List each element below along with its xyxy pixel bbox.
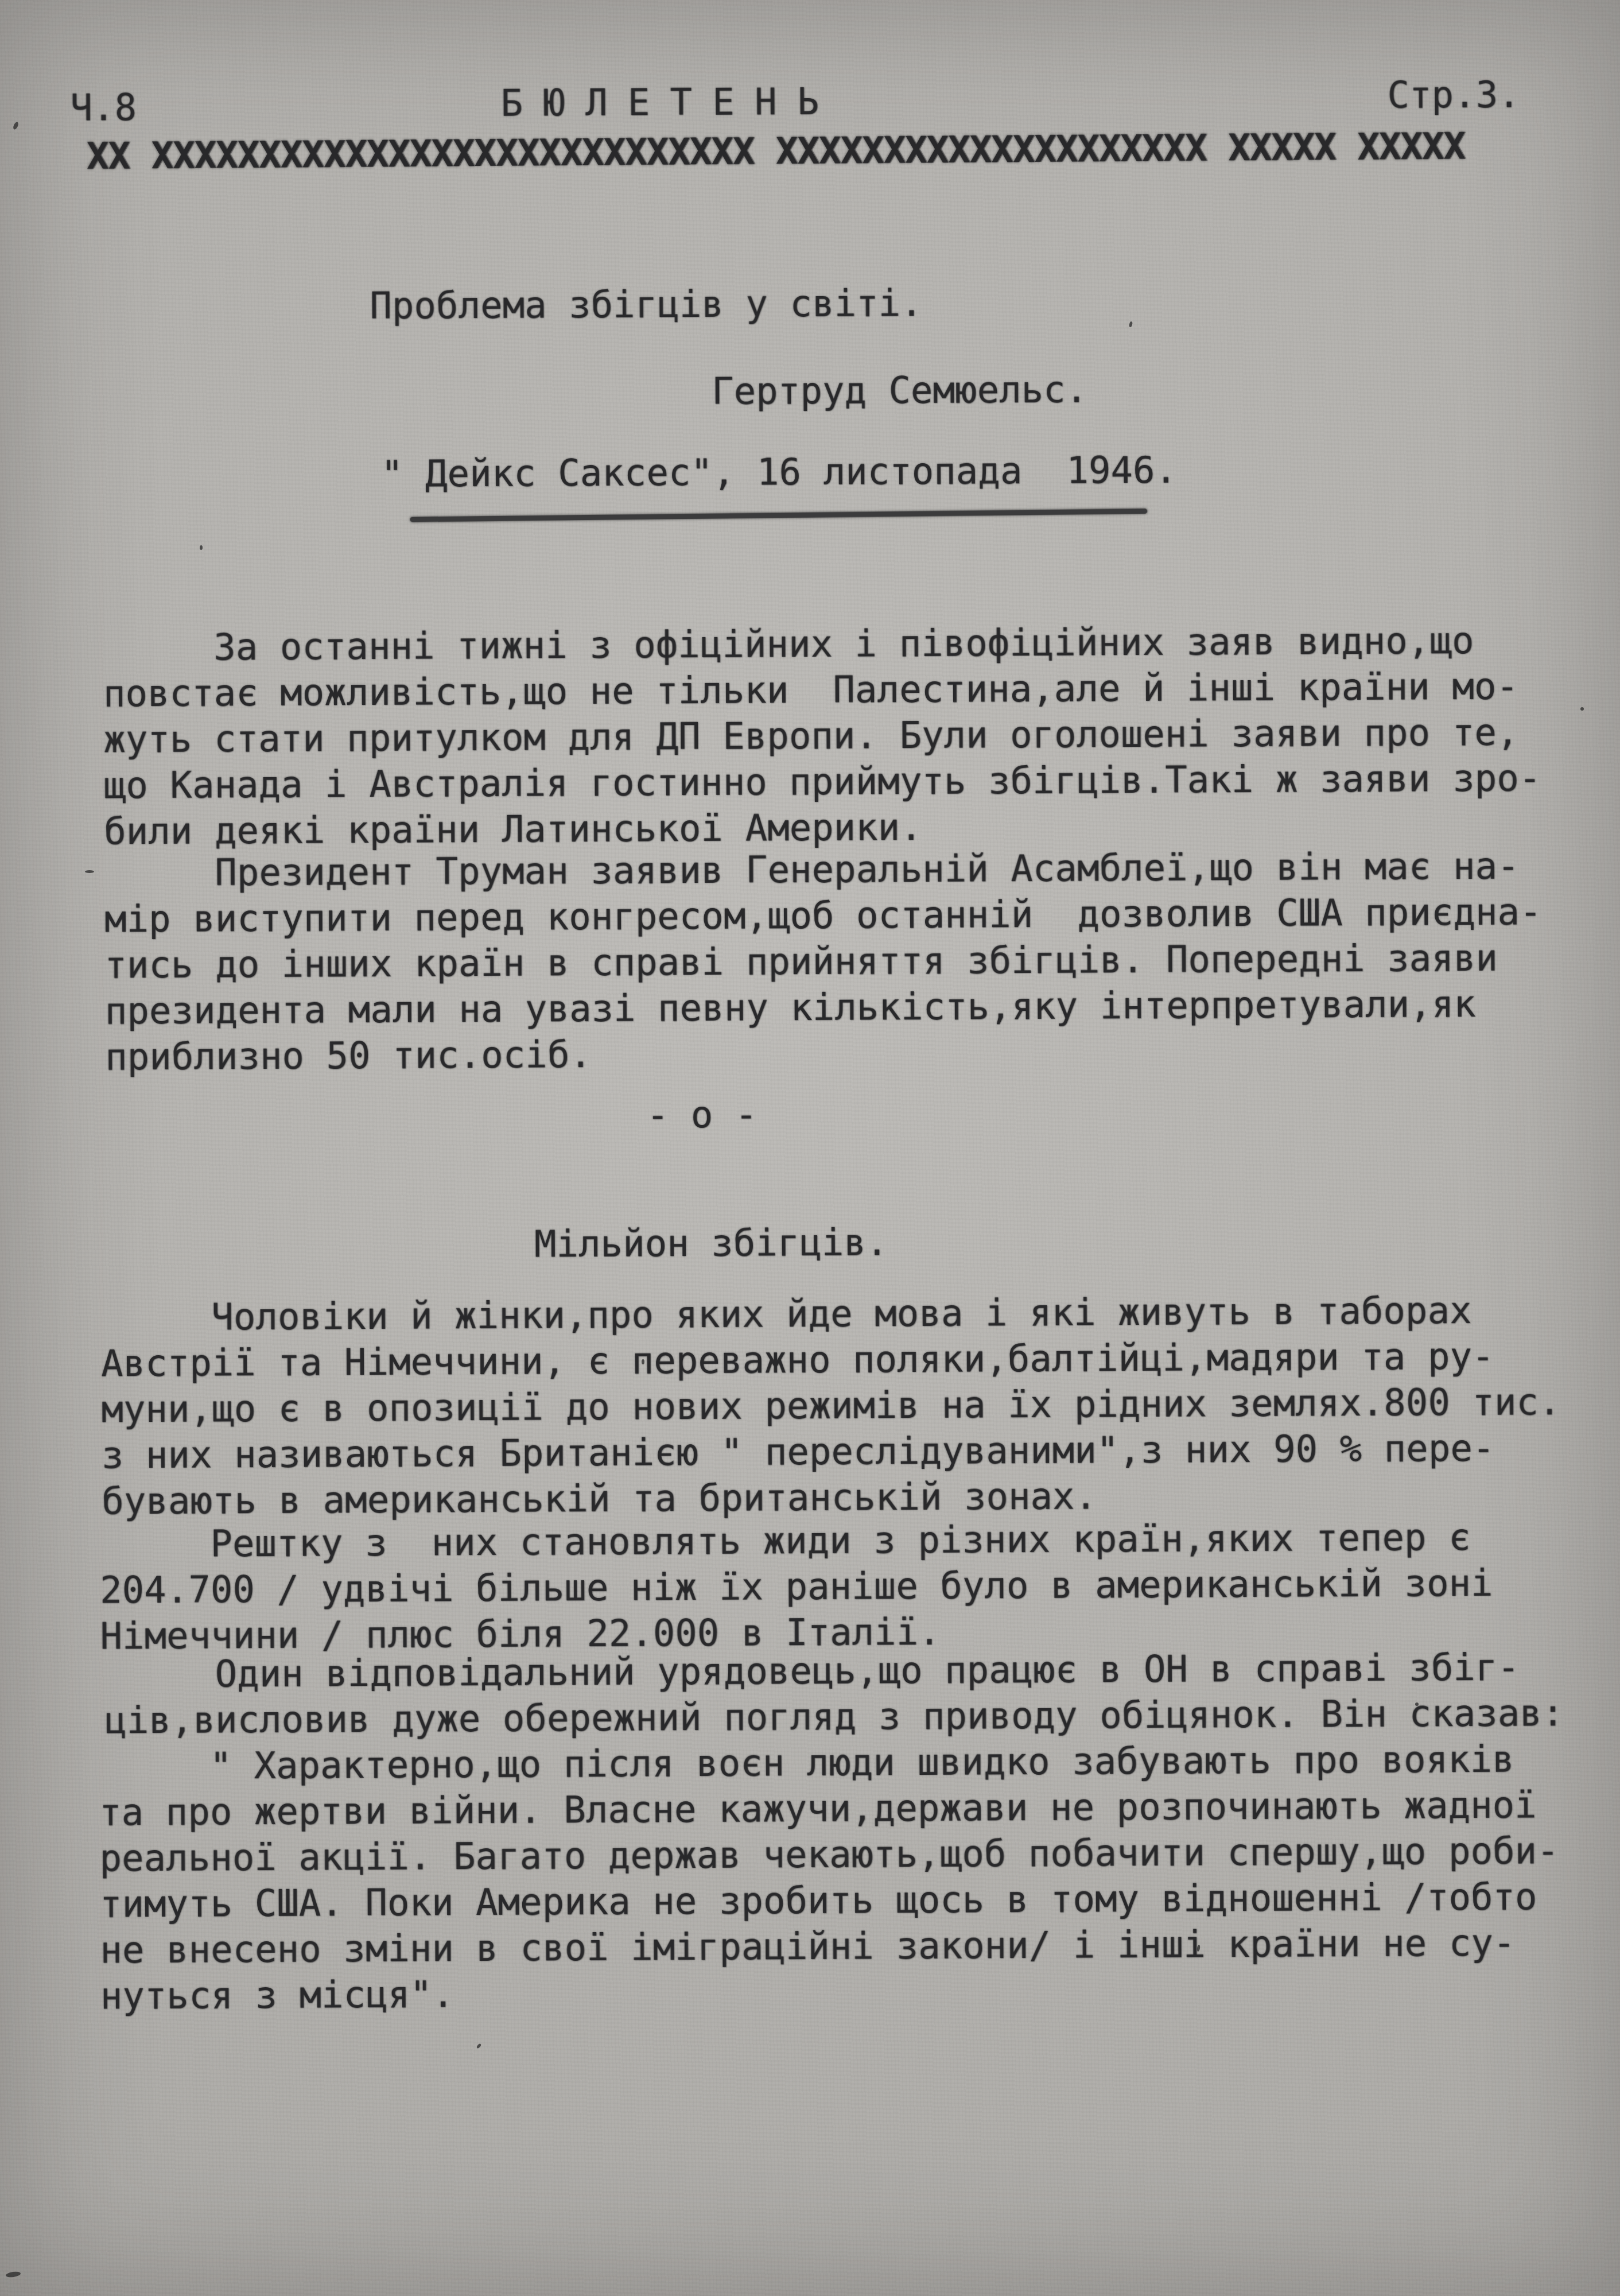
source-underline bbox=[410, 509, 1147, 522]
scanned-page-content: Ч.8 БЮЛЕТЕНЬ Стр.3. XX XXXXXXXXXXXXXXXXX… bbox=[0, 0, 1620, 2296]
scan-speckle bbox=[85, 870, 94, 873]
section-divider: - о - bbox=[647, 1092, 757, 1138]
scan-speckle bbox=[642, 1359, 644, 1364]
section-heading: Мільйон збігців. bbox=[534, 1220, 888, 1267]
scanned-bulletin-page: Ч.8 БЮЛЕТЕНЬ Стр.3. XX XXXXXXXXXXXXXXXXX… bbox=[0, 0, 1620, 2296]
byline: Гертруд Семюельс. bbox=[712, 367, 1087, 414]
bulletin-title: БЮЛЕТЕНЬ bbox=[500, 79, 839, 127]
paragraph: Президент Труман заявив Генеральній Асам… bbox=[104, 843, 1543, 1080]
paragraph: Рештку з них становлять жиди з різних кр… bbox=[99, 1515, 1493, 1660]
article-title: Проблема збігців у світі. bbox=[370, 281, 923, 329]
page-number: Стр.3. bbox=[1387, 72, 1520, 119]
paragraph: За останні тижні з офіційних і півофіцій… bbox=[103, 618, 1541, 855]
issue-number: Ч.8 bbox=[70, 85, 137, 131]
scan-speckle bbox=[1580, 707, 1584, 711]
paragraph: Чоловіки й жінки,про яких йде мова і які… bbox=[100, 1287, 1561, 1525]
paragraph: Один відповідальний урядовець,що працює … bbox=[104, 1645, 1564, 1744]
scan-speckle bbox=[1415, 1702, 1419, 1706]
source-line: " Дейкс Саксес", 16 листопада 1946. bbox=[381, 448, 1178, 498]
scan-speckle bbox=[200, 545, 203, 550]
paragraph: " Характерно,що після воєн люди швидко з… bbox=[99, 1736, 1560, 2019]
header-rule: XX XXXXXXXXXXXXXXXXXXXXXXXXXXXX XXXXXXXX… bbox=[87, 123, 1466, 180]
